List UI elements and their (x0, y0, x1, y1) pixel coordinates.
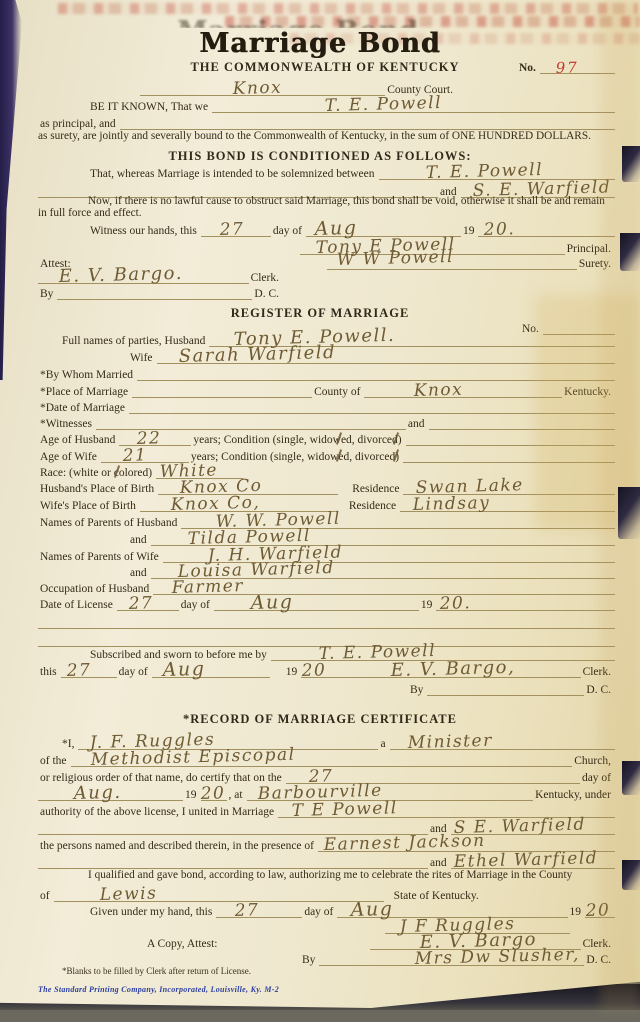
minister-title-line: Minister (390, 732, 615, 750)
blank-line (38, 611, 615, 629)
page-corner-fold (622, 146, 640, 182)
husband-father-line: W. W. Powell (181, 511, 615, 529)
condition-line (406, 428, 615, 446)
page-corner-fold (620, 233, 640, 271)
year-printed: 19 (270, 666, 302, 678)
cert-year-line: 20 (201, 783, 227, 801)
age-husband-line: 22 (119, 428, 191, 446)
as-principal-row: as principal, and (38, 113, 615, 130)
page-corner-fold (618, 487, 640, 539)
blank-line (38, 817, 428, 835)
license-date-row: Date of License 27 day of Aug 19 20. (38, 594, 615, 611)
sworn-month-line: Aug (152, 660, 270, 678)
cert-month-line: Aug. (38, 783, 183, 801)
county-line: Knox (140, 78, 385, 96)
year-printed: 19 (419, 599, 437, 611)
register-by-line (427, 678, 584, 696)
condition-line (403, 445, 615, 463)
day-of-label: day of (580, 772, 615, 784)
license-month-line: Aug (214, 593, 419, 611)
by-whom-line (137, 363, 615, 381)
sworn-year-line: 20 (301, 660, 349, 678)
sworn-day-line: 27 (61, 660, 117, 678)
surety-label: Surety. (577, 258, 615, 270)
this-label: this (38, 666, 61, 678)
sworn-year-handwriting: 20 (302, 660, 327, 681)
minister-row: *I, J. F. Ruggles a Minister (60, 733, 615, 750)
dc-label: D. C. (584, 954, 615, 966)
solemnized-label: That, whereas Marriage is intended to be… (88, 168, 379, 180)
cert-by-row: By Mrs Dw Slusher, D. C. (300, 949, 615, 966)
qualified-clause: I qualified and gave bond, according to … (88, 869, 618, 881)
dc-label: D. C. (584, 684, 615, 696)
wife-residence-line: Lindsay (400, 494, 615, 512)
license-label: Date of License (38, 599, 117, 611)
surety-name-line (120, 112, 615, 130)
license-day-line: 27 (117, 593, 179, 611)
deputy-clerk-handwriting: Mrs Dw Slusher, (414, 945, 580, 969)
page-corner-fold (622, 761, 640, 795)
sworn-day-handwriting: 27 (67, 660, 92, 681)
by-label: By (408, 684, 427, 696)
husband-mother-line: Tilda Powell (151, 528, 615, 546)
of-the-label: of the (38, 755, 71, 767)
principal-name-line: T. E. Powell (212, 95, 615, 113)
wife-name-line: Sarah Warfield (157, 346, 615, 364)
and-label: and (428, 857, 451, 869)
no-line: 97 (540, 56, 615, 74)
by-label: By (38, 288, 57, 300)
void-clause-line2: in full force and effect. (38, 207, 142, 219)
year-printed: 19 (461, 225, 479, 237)
year-printed: 19 (183, 789, 201, 801)
of-label: of (38, 890, 54, 902)
day-of-label: day of (117, 666, 152, 678)
scanned-marriage-bond-document: Marriage Bond Marriage Bond THE COMMONWE… (0, 0, 640, 1022)
surety-signature-line: W W Powell (327, 252, 577, 270)
husband-residence-line: Swan Lake (403, 477, 615, 495)
license-year-line: 20. (436, 593, 615, 611)
given-label: Given under my hand, this (88, 906, 216, 918)
by-whom-married-row: *By Whom Married (38, 364, 615, 381)
by-whom-label: *By Whom Married (38, 369, 137, 381)
year-printed: 19 (568, 906, 586, 918)
residence-label: Residence (338, 483, 403, 495)
ink-bleedthrough-band (58, 3, 638, 14)
cert-by-line: Mrs Dw Slusher, (319, 948, 584, 966)
void-clause-line1: Now, if there is no lawful cause to obst… (88, 195, 617, 207)
husband-name-row: Full names of parties, Husband Tony E. P… (60, 330, 615, 347)
copy-attest-label: A Copy, Attest: (145, 938, 222, 950)
sworn-month-handwriting: Aug (163, 658, 206, 681)
no-label: No. (517, 62, 540, 74)
clerk-label: Clerk. (581, 666, 615, 678)
wife-name-row: Wife Sarah Warfield (128, 347, 615, 364)
day-of-label: day of (179, 599, 214, 611)
witness2-line: Ethel Warfield (451, 851, 615, 869)
blank-rule-row (38, 612, 615, 629)
as-principal-label: as principal, and (38, 118, 120, 130)
register-clerk-line: E. V. Bargo, (349, 660, 580, 678)
day-line: 27 (201, 219, 271, 237)
witness2-row: and Ethel Warfield (38, 852, 615, 869)
and-label: and (128, 534, 151, 546)
husband-parents-row: Names of Parents of Husband W. W. Powell (38, 512, 615, 529)
bond-number-row: No. 97 (517, 57, 615, 74)
age-wife-row: Age of Wife 21 years; Condition (single,… (38, 446, 615, 463)
given-year-handwriting: 20 (585, 900, 610, 921)
surety-clause: as surety, are jointly and severally bou… (38, 130, 615, 142)
document-title: Marriage Bond (0, 28, 640, 59)
blank-line (38, 851, 428, 869)
commonwealth-heading: THE COMMONWEALTH OF KENTUCKY (100, 60, 550, 75)
given-year-line: 20 (585, 900, 615, 918)
given-day-line: 27 (216, 900, 302, 918)
bond-number-handwriting: 97 (556, 58, 580, 77)
wife-birth-label: Wife's Place of Birth (38, 500, 140, 512)
bond-by-row: By D. C. (38, 283, 283, 300)
husband-mother-row: and Tilda Powell (128, 529, 615, 546)
condition-label: years; Condition (single, widowed, divor… (191, 434, 405, 446)
church-row: of the Methodist Episcopal Church, (38, 750, 615, 767)
be-it-known-row: BE IT KNOWN, That we T. E. Powell (88, 96, 615, 113)
by-line (57, 282, 252, 300)
dc-label: D. C. (252, 288, 283, 300)
surety-signature-handwriting: W W Powell (336, 247, 454, 270)
age-husband-row: Age of Husband 22 years; Condition (sing… (38, 429, 615, 446)
witness-label: Witness our hands, this (88, 225, 201, 237)
witness-hands-row: Witness our hands, this 27 day of Aug 19… (88, 220, 615, 237)
husband-birth-row: Husband's Place of Birth Knox Co Residen… (38, 478, 615, 495)
register-by-row: By D. C. (408, 679, 615, 696)
witness-day-handwriting: 27 (220, 219, 245, 240)
year-line: 20. (478, 219, 615, 237)
printer-imprint: The Standard Printing Company, Incorpora… (38, 985, 279, 994)
clerk-blanks-note: *Blanks to be filled by Clerk after retu… (62, 966, 251, 976)
solemnized-row: That, whereas Marriage is intended to be… (88, 163, 615, 180)
day-of-label: day of (302, 906, 337, 918)
certificate-title: *RECORD OF MARRIAGE CERTIFICATE (0, 712, 640, 727)
by-label: By (300, 954, 319, 966)
given-day-handwriting: 27 (235, 900, 260, 921)
at-label: , at (227, 789, 247, 801)
united-bride-row: and S E. Warfield (38, 818, 615, 835)
cert-month-row: Aug. 19 20 , at Barbourville Kentucky, u… (38, 784, 615, 801)
sworn-date-row: this 27 day of Aug 19 20 E. V. Bargo, Cl… (38, 661, 615, 678)
church-line: Methodist Episcopal (71, 749, 573, 767)
page-corner-fold (622, 860, 640, 890)
day-of-label: day of (271, 225, 306, 237)
